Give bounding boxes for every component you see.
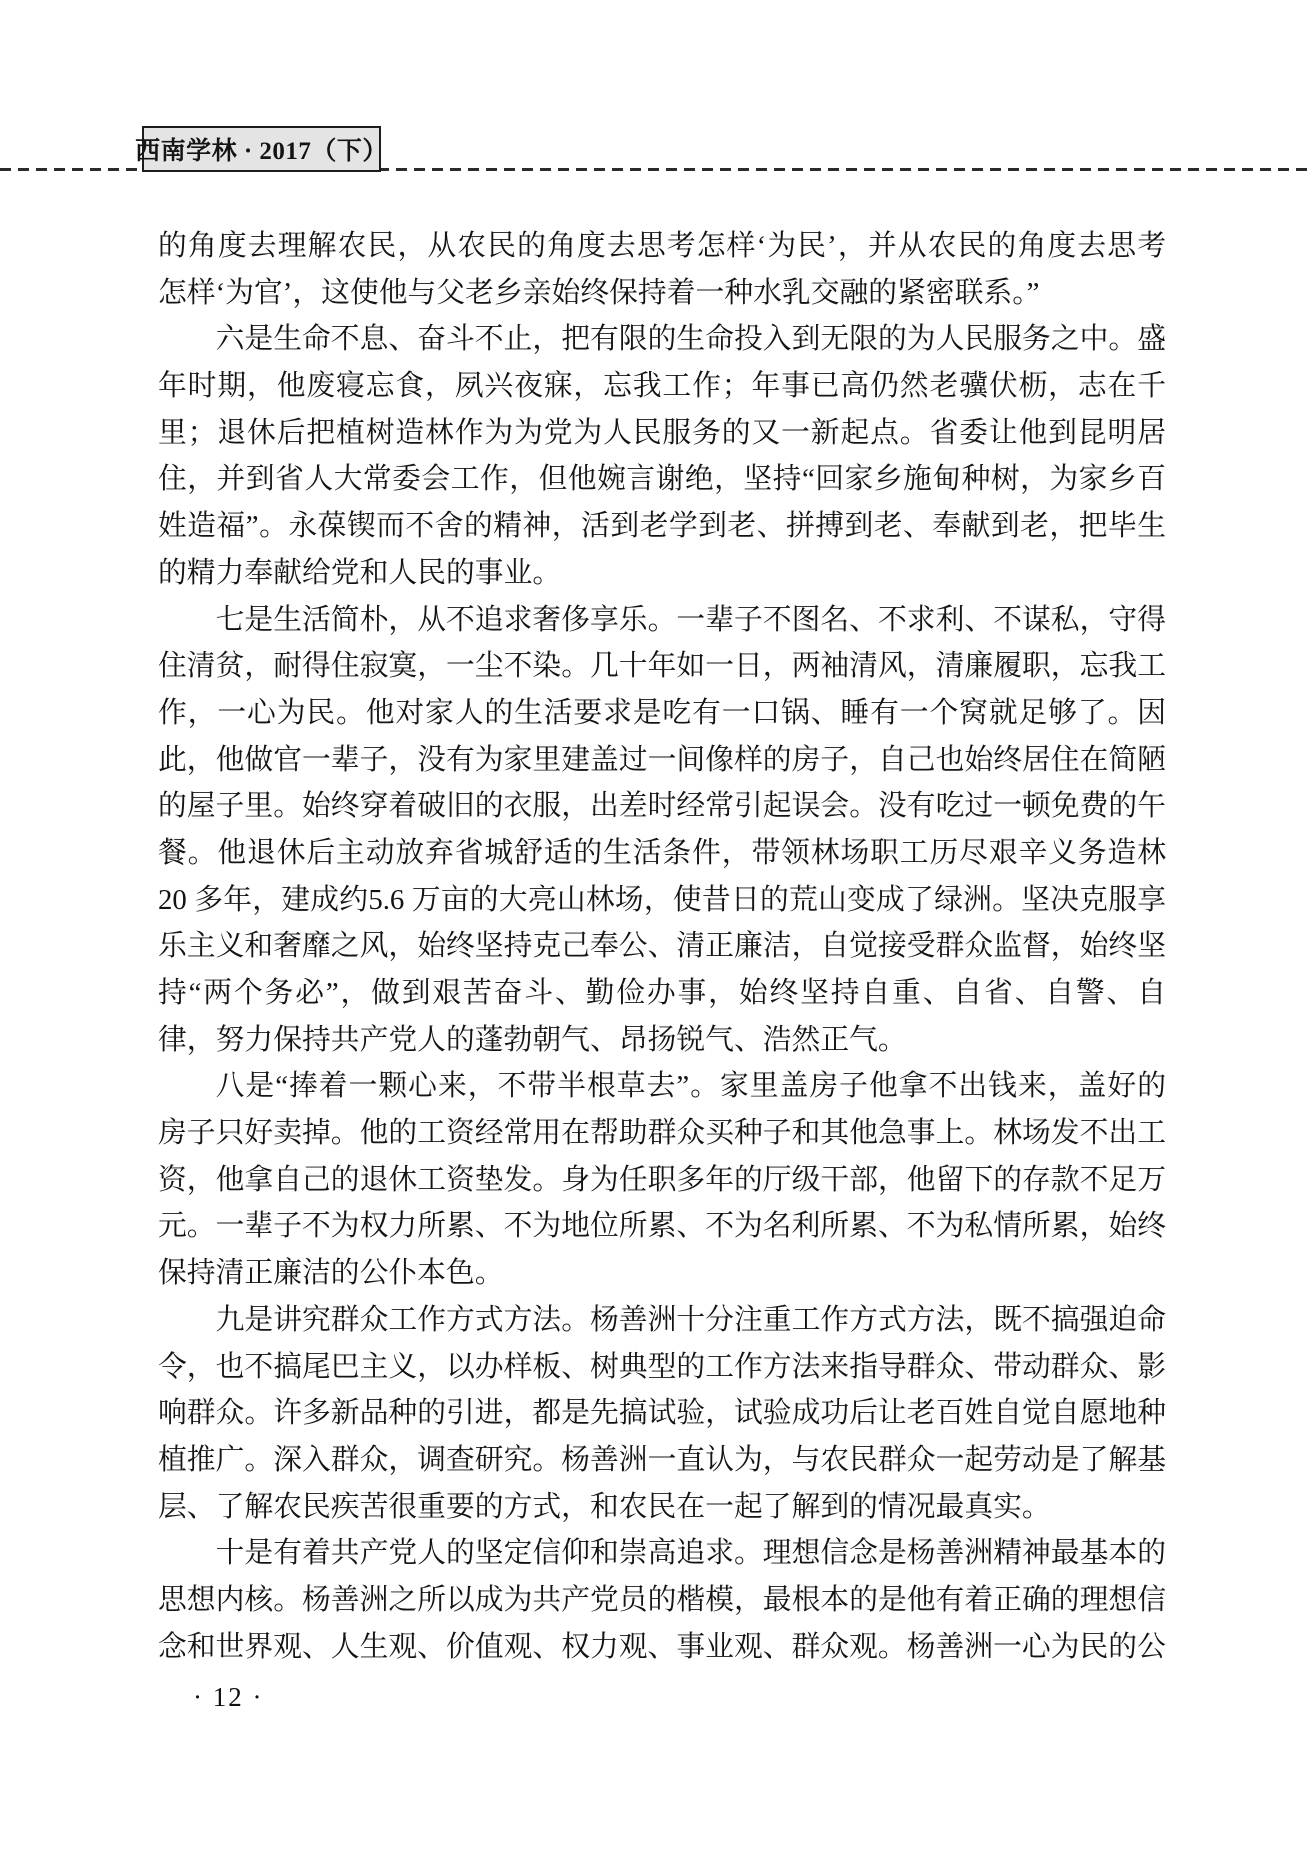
paragraph: 的角度去理解农民，从农民的角度去思考怎样‘为民’，并从农民的角度去思考怎样‘为官… — [158, 223, 1166, 316]
document-page: 西南学林 · 2017（下） 的角度去理解农民，从农民的角度去思考怎样‘为民’，… — [0, 0, 1307, 1859]
body-line: 的角度去理解农民，从农民的角度去思考怎样‘为民’，并从农民的角度去思考 — [158, 223, 1166, 270]
body-line: 思想内核。杨善洲之所以成为共产党员的楷模，最根本的是他有着正确的理想信 — [158, 1577, 1166, 1624]
body-line: 十是有着共产党人的坚定信仰和崇高追求。理想信念是杨善洲精神最基本的 — [158, 1530, 1166, 1577]
body-line: 六是生命不息、奋斗不止，把有限的生命投入到无限的为人民服务之中。盛 — [158, 316, 1166, 363]
paragraph: 八是“捧着一颗心来，不带半根草去”。家里盖房子他拿不出钱来，盖好的房子只好卖掉。… — [158, 1063, 1166, 1296]
body-line: 七是生活简朴，从不追求奢侈享乐。一辈子不图名、不求利、不谋私，守得 — [158, 597, 1166, 644]
paragraph: 九是讲究群众工作方式方法。杨善洲十分注重工作方式方法，既不搞强迫命令，也不搞尾巴… — [158, 1297, 1166, 1530]
body-line: 令，也不搞尾巴主义，以办样板、树典型的工作方法来指导群众、带动群众、影 — [158, 1344, 1166, 1391]
body-line: 的屋子里。始终穿着破旧的衣服，出差时经常引起误会。没有吃过一顿免费的午 — [158, 783, 1166, 830]
body-line: 怎样‘为官’，这使他与父老乡亲始终保持着一种水乳交融的紧密联系。” — [158, 270, 1166, 317]
page-number: · 12 · — [193, 1682, 263, 1713]
body-line: 餐。他退休后主动放弃省城舒适的生活条件，带领林场职工历尽艰辛义务造林 — [158, 830, 1166, 877]
body-line: 姓造福”。永葆锲而不舍的精神，活到老学到老、拼搏到老、奉献到老，把毕生 — [158, 503, 1166, 550]
journal-header-box: 西南学林 · 2017（下） — [142, 126, 381, 172]
body-line: 的精力奉献给党和人民的事业。 — [158, 550, 1166, 597]
body-line: 住清贫，耐得住寂寞，一尘不染。几十年如一日，两袖清风，清廉履职，忘我工 — [158, 643, 1166, 690]
journal-title: 西南学林 · 2017（下） — [135, 131, 388, 167]
body-line: 层、了解农民疾苦很重要的方式，和农民在一起了解到的情况最真实。 — [158, 1484, 1166, 1531]
body-line: 保持清正廉洁的公仆本色。 — [158, 1250, 1166, 1297]
body-line: 作，一心为民。他对家人的生活要求是吃有一口锅、睡有一个窝就足够了。因 — [158, 690, 1166, 737]
body-line: 房子只好卖掉。他的工资经常用在帮助群众买种子和其他急事上。林场发不出工 — [158, 1110, 1166, 1157]
paragraph: 七是生活简朴，从不追求奢侈享乐。一辈子不图名、不求利、不谋私，守得住清贫，耐得住… — [158, 597, 1166, 1064]
paragraph: 十是有着共产党人的坚定信仰和崇高追求。理想信念是杨善洲精神最基本的思想内核。杨善… — [158, 1530, 1166, 1670]
body-line: 元。一辈子不为权力所累、不为地位所累、不为名利所累、不为私情所累，始终 — [158, 1203, 1166, 1250]
body-line: 持“两个务必”，做到艰苦奋斗、勤俭办事，始终坚持自重、自省、自警、自 — [158, 970, 1166, 1017]
body-line: 此，他做官一辈子，没有为家里建盖过一间像样的房子，自己也始终居住在简陋 — [158, 737, 1166, 784]
body-line: 资，他拿自己的退休工资垫发。身为任职多年的厅级干部，他留下的存款不足万 — [158, 1157, 1166, 1204]
body-line: 年时期，他废寝忘食，夙兴夜寐，忘我工作；年事已高仍然老骥伏枥，志在千 — [158, 363, 1166, 410]
body-line: 乐主义和奢靡之风，始终坚持克己奉公、清正廉洁，自觉接受群众监督，始终坚 — [158, 923, 1166, 970]
body-line: 响群众。许多新品种的引进，都是先搞试验，试验成功后让老百姓自觉自愿地种 — [158, 1390, 1166, 1437]
paragraph: 六是生命不息、奋斗不止，把有限的生命投入到无限的为人民服务之中。盛年时期，他废寝… — [158, 316, 1166, 596]
body-line: 八是“捧着一颗心来，不带半根草去”。家里盖房子他拿不出钱来，盖好的 — [158, 1063, 1166, 1110]
body-line: 住，并到省人大常委会工作，但他婉言谢绝，坚持“回家乡施甸种树，为家乡百 — [158, 456, 1166, 503]
body-line: 植推广。深入群众，调查研究。杨善洲一直认为，与农民群众一起劳动是了解基 — [158, 1437, 1166, 1484]
body-line: 20 多年，建成约5.6 万亩的大亮山林场，使昔日的荒山变成了绿洲。坚决克服享 — [158, 877, 1166, 924]
body-line: 律，努力保持共产党人的蓬勃朝气、昂扬锐气、浩然正气。 — [158, 1017, 1166, 1064]
body-line: 九是讲究群众工作方式方法。杨善洲十分注重工作方式方法，既不搞强迫命 — [158, 1297, 1166, 1344]
body-line: 里；退休后把植树造林作为为党为人民服务的又一新起点。省委让他到昆明居 — [158, 410, 1166, 457]
body-text: 的角度去理解农民，从农民的角度去思考怎样‘为民’，并从农民的角度去思考怎样‘为官… — [158, 223, 1166, 1670]
body-line: 念和世界观、人生观、价值观、权力观、事业观、群众观。杨善洲一心为民的公 — [158, 1624, 1166, 1671]
